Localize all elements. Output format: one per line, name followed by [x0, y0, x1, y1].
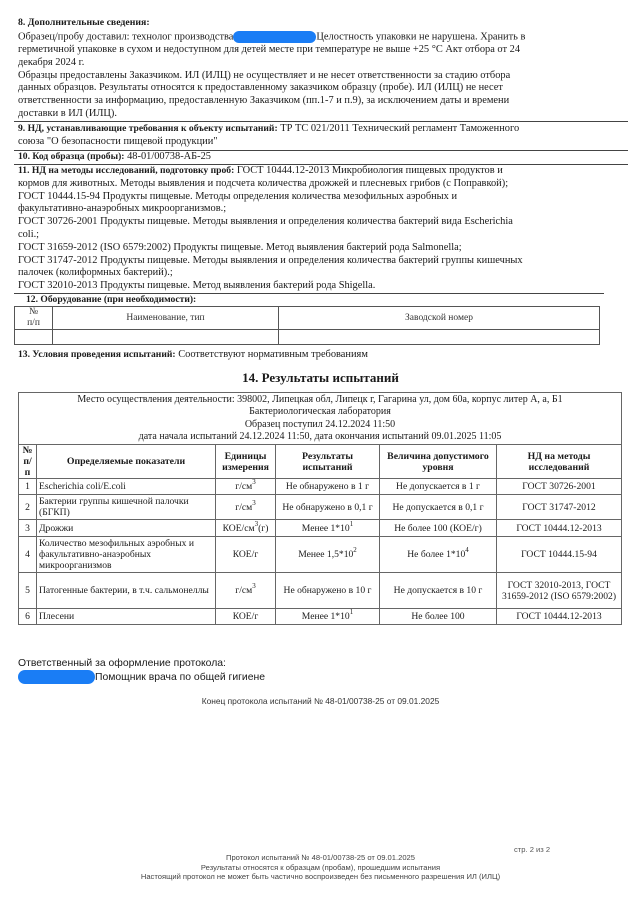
- row-indicator: Патогенные бактерии, в т.ч. сальмонеллы: [37, 573, 216, 609]
- equipment-col-num: №п/п: [15, 307, 53, 330]
- row-indicator: Бактерии группы кишечной палочки (БГКП): [37, 495, 216, 520]
- method-line: ГОСТ 10444.15-94 Продукты пищевые. Метод…: [18, 191, 618, 204]
- row-method: ГОСТ 32010-2013, ГОСТ 31659-2012 (ISO 65…: [497, 573, 622, 609]
- responsible-block: Ответственный за оформление протокола: П…: [18, 657, 265, 684]
- row-num: 5: [19, 573, 37, 609]
- row-method: ГОСТ 10444.12-2013: [497, 520, 622, 537]
- row-result: Не обнаружено в 10 г: [276, 573, 380, 609]
- sample-received: Образец поступил 24.12.2024 11:50: [19, 419, 621, 431]
- method-line: ГОСТ 31659-2012 (ISO 6579:2002) Продукты…: [18, 242, 618, 255]
- equipment-col-serial: Заводской номер: [279, 307, 600, 330]
- row-unit: КОЕ/см3(г): [216, 520, 276, 537]
- section8-line2: герметичной упаковке в сухом и недоступн…: [18, 44, 618, 57]
- laboratory: Бактериологическая лаборатория: [19, 406, 621, 418]
- col-results: Результатыиспытаний: [276, 445, 380, 479]
- table-row: 4 Количество мезофильных аэробных и факу…: [19, 537, 622, 573]
- row-method: ГОСТ 10444.12-2013: [497, 609, 622, 625]
- row-method: ГОСТ 30726-2001: [497, 479, 622, 495]
- footer-line-3: Настоящий протокол не может быть частичн…: [0, 872, 641, 882]
- row-result: Менее 1*101: [276, 520, 380, 537]
- col-method: НД на методыисследований: [497, 445, 622, 479]
- col-limit: Величина допустимогоуровня: [380, 445, 497, 479]
- equipment-table: №п/п Наименование, тип Заводской номер: [14, 306, 600, 345]
- row-num: 6: [19, 609, 37, 625]
- section8-note-1: Образцы предоставлены Заказчиком. ИЛ (ИЛ…: [18, 70, 618, 83]
- redacted-name: [18, 670, 95, 684]
- equipment-header-row: №п/п Наименование, тип Заводской номер: [15, 307, 600, 330]
- footer: Протокол испытаний № 48-01/00738-25 от 0…: [0, 853, 641, 882]
- equipment-col-name: Наименование, тип: [53, 307, 279, 330]
- results-info-box: Место осуществления деятельности: 398002…: [18, 392, 622, 445]
- section12-title: 12. Оборудование (при необходимости):: [26, 294, 196, 307]
- row-result: Менее 1,5*102: [276, 537, 380, 573]
- section8-title: 8. Дополнительные сведения:: [18, 17, 618, 30]
- row-method: ГОСТ 31747-2012: [497, 495, 622, 520]
- row-indicator: Количество мезофильных аэробных и факуль…: [37, 537, 216, 573]
- row-result: Не обнаружено в 0,1 г: [276, 495, 380, 520]
- responsible-label: Ответственный за оформление протокола:: [18, 657, 265, 670]
- equipment-empty-row: [15, 330, 600, 345]
- section-methods: 11. НД на методы исследований, подготовк…: [18, 165, 618, 293]
- method-line: ГОСТ 30726-2001 Продукты пищевые. Методы…: [18, 216, 618, 229]
- method-line: факультативно-анаэробных микроорганизмов…: [18, 203, 618, 216]
- table-row: 2 Бактерии группы кишечной палочки (БГКП…: [19, 495, 622, 520]
- table-row: 5 Патогенные бактерии, в т.ч. сальмонелл…: [19, 573, 622, 609]
- table-row: 6 Плесени КОЕ/г Менее 1*101 Не более 100…: [19, 609, 622, 625]
- section8-delivered: Образец/пробу доставил: технолог произво…: [18, 31, 618, 44]
- section13-label: 13. Условия проведения испытаний:: [18, 349, 176, 360]
- section-conditions: 13. Условия проведения испытаний: Соотве…: [18, 349, 368, 362]
- results-header-row: №п/п Определяемые показатели Единицыизме…: [19, 445, 622, 479]
- footer-line-1: Протокол испытаний № 48-01/00738-25 от 0…: [0, 853, 641, 863]
- row-method: ГОСТ 10444.15-94: [497, 537, 622, 573]
- test-dates: дата начала испытаний 24.12.2024 11:50, …: [19, 431, 621, 443]
- row-num: 2: [19, 495, 37, 520]
- row-unit: г/см3: [216, 573, 276, 609]
- section8-note-3: ответственности за информацию, предостав…: [18, 95, 618, 108]
- location: Место осуществления деятельности: 398002…: [19, 394, 621, 406]
- row-unit: КОЕ/г: [216, 609, 276, 625]
- row-result: Не обнаружено в 1 г: [276, 479, 380, 495]
- row-indicator: Дрожжи: [37, 520, 216, 537]
- method-line: ГОСТ 31747-2012 Продукты пищевые. Методы…: [18, 255, 618, 268]
- row-limit: Не допускается в 10 г: [380, 573, 497, 609]
- method-line: палочек (колиформных бактерий).;: [18, 267, 618, 280]
- row-unit: г/см3: [216, 495, 276, 520]
- col-indicator: Определяемые показатели: [37, 445, 216, 479]
- section8-note-2: данных образцов. Результаты относятся к …: [18, 82, 618, 95]
- row-unit: г/см3: [216, 479, 276, 495]
- row-limit: Не допускается в 1 г: [380, 479, 497, 495]
- section9-value-2: союза "О безопасности пищевой продукции": [18, 136, 618, 149]
- section9-value: ТР ТС 021/2011 Технический регламент Там…: [280, 123, 519, 134]
- table-row: 1 Escherichia coli/E.coli г/см3 Не обнар…: [19, 479, 622, 495]
- divider: [14, 121, 628, 122]
- row-limit: Не более 100 (КОЕ/г): [380, 520, 497, 537]
- footer-line-2: Результаты относятся к образцам (пробам)…: [0, 863, 641, 873]
- results-table: №п/п Определяемые показатели Единицыизме…: [18, 444, 622, 625]
- col-num: №п/п: [19, 445, 37, 479]
- method-line: ГОСТ 10444.12-2013 Микробиология пищевых…: [237, 165, 503, 176]
- section-sample-code: 10. Код образца (пробы): 48-01/00738-АБ-…: [18, 151, 618, 164]
- method-line: ГОСТ 32010-2013 Продукты пищевые. Метод …: [18, 280, 618, 293]
- responsible-position: Помощник врача по общей гигиене: [95, 672, 265, 683]
- section9-label: 9. НД, устанавливающие требования к объе…: [18, 123, 278, 134]
- results-title: 14. Результаты испытаний: [0, 370, 641, 385]
- row-limit: Не допускается в 0,1 г: [380, 495, 497, 520]
- method-line: coli.;: [18, 229, 618, 242]
- delivered-prefix: Образец/пробу доставил: технолог произво…: [18, 31, 233, 42]
- section11-label: 11. НД на методы исследований, подготовк…: [18, 165, 234, 176]
- row-unit: КОЕ/г: [216, 537, 276, 573]
- sample-code: 48-01/00738-АБ-25: [127, 151, 211, 162]
- end-note: Конец протокола испытаний № 48-01/00738-…: [0, 695, 641, 708]
- section-additional-info: 8. Дополнительные сведения: Образец/проб…: [18, 17, 618, 121]
- method-line: кормов для животных. Методы выявления и …: [18, 178, 618, 191]
- row-limit: Не более 1*104: [380, 537, 497, 573]
- row-indicator: Плесени: [37, 609, 216, 625]
- redacted-name: [233, 31, 316, 43]
- row-result: Менее 1*101: [276, 609, 380, 625]
- row-num: 3: [19, 520, 37, 537]
- section8-line3: декабря 2024 г.: [18, 57, 618, 70]
- row-num: 1: [19, 479, 37, 495]
- section10-label: 10. Код образца (пробы):: [18, 151, 124, 162]
- section13-value: Соответствуют нормативным требованиям: [178, 349, 368, 360]
- table-row: 3 Дрожжи КОЕ/см3(г) Менее 1*101 Не более…: [19, 520, 622, 537]
- col-units: Единицыизмерения: [216, 445, 276, 479]
- row-limit: Не более 100: [380, 609, 497, 625]
- section-requirements: 9. НД, устанавливающие требования к объе…: [18, 123, 618, 149]
- row-indicator: Escherichia coli/E.coli: [37, 479, 216, 495]
- delivered-suffix: Целостность упаковки не нарушена. Хранит…: [316, 31, 525, 42]
- row-num: 4: [19, 537, 37, 573]
- section8-note-4: доставки в ИЛ (ИЛЦ).: [18, 108, 618, 121]
